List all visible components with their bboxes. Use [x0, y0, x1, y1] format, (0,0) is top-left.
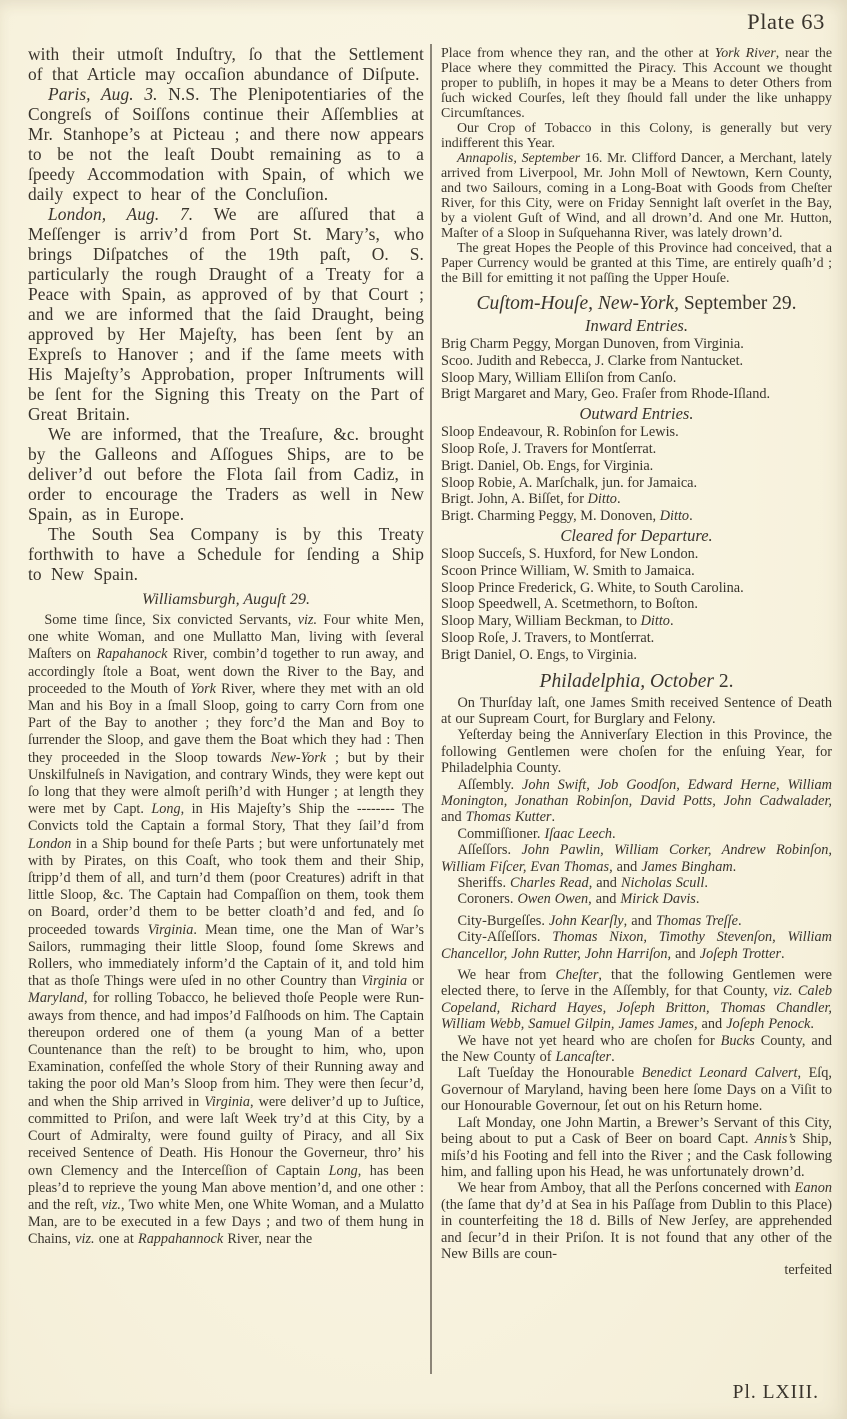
paragraph-coroners: Coroners. Owen Owen, and Mirick Davis. — [441, 891, 832, 907]
paragraph-paper-currency: The great Hopes the People of this Provi… — [441, 241, 832, 286]
ship-entry: Sloop Succeſs, S. Huxford, for New Londo… — [441, 546, 832, 563]
ship-entry: Sloop Mary, William Beckman, to Ditto. — [441, 613, 832, 630]
heading-custom-house: Cuſtom-Houſe, New-York, September 29. — [441, 293, 832, 315]
paragraph-sheriffs: Sheriffs. Charles Read, and Nicholas Scu… — [441, 875, 832, 891]
paragraph-calvert-visit: Laſt Tueſday the Honourable Benedict Leo… — [441, 1065, 832, 1114]
ship-entry: Scoon Prince William, W. Smith to Jamaic… — [441, 563, 832, 580]
heading-outward-entries: Outward Entries. — [441, 405, 832, 423]
ship-entry: Sloop Prince Frederick, G. White, to Sou… — [441, 580, 832, 597]
paragraph-chester-election: We hear from Cheſter, that the following… — [441, 967, 832, 1033]
paragraph-city-burgesses: City-Burgeſſes. John Kearſly, and Thomas… — [441, 913, 832, 929]
catchword-terfeited: terfeited — [441, 1262, 832, 1278]
right-column: Place from whence they ran, and the othe… — [441, 46, 832, 1279]
heading-cleared-for-departure: Cleared for Departure. — [441, 527, 832, 545]
ship-entry: Sloop Endeavour, R. Robinſon for Lewis. — [441, 424, 832, 441]
ship-entry: Brig Charm Peggy, Morgan Dunoven, from V… — [441, 336, 832, 353]
column-divider-rule — [430, 44, 432, 1374]
heading-williamsburgh-dateline: Williamsburgh, Auguſt 29. — [28, 591, 424, 609]
ship-entry: Brigt Daniel, O. Engs, to Virginia. — [441, 647, 832, 664]
ship-entry: Sloop Speedwell, A. Scetmethorn, to Boſt… — [441, 596, 832, 613]
ship-entry: Brigt. Daniel, Ob. Engs, for Virginia. — [441, 458, 832, 475]
ship-entry: Sloop Mary, William Elliſon from Canſo. — [441, 370, 832, 387]
plate-number-footer: Pl. LXIII. — [733, 1382, 819, 1404]
ship-entry: Sloop Robie, A. Marſchalk, jun. for Jama… — [441, 475, 832, 492]
paragraph-south-sea: The South Sea Company is by this Treaty … — [28, 524, 424, 584]
paragraph-amboy-counterfeit: We hear from Amboy, that all the Perſons… — [441, 1180, 832, 1262]
paragraph-assembly-members: Aſſembly. John Swift, Job Goodſon, Edwar… — [441, 777, 832, 826]
cleared-departure-list: Sloop Succeſs, S. Huxford, for New Londo… — [441, 546, 832, 664]
left-column: with their utmoſt Induſtry, ſo that the … — [28, 44, 424, 1249]
heading-inward-entries: Inward Entries. — [441, 317, 832, 335]
paragraph-paris-news: Paris, Aug. 3. N.S. The Plenipotentiarie… — [28, 84, 424, 204]
ship-entry: Brigt. Charming Peggy, M. Donoven, Ditto… — [441, 508, 832, 525]
paragraph-city-assessors: City-Aſſeſſors. Thomas Nixon, Timothy St… — [441, 929, 832, 962]
ship-entry: Sloop Roſe, J. Travers, to Montſerrat. — [441, 630, 832, 647]
paragraph-tobacco-crop: Our Crop of Tobacco in this Colony, is g… — [441, 121, 832, 151]
paragraph-place-continuation: Place from whence they ran, and the othe… — [441, 46, 832, 121]
paragraph-commissioner: Commiſſioner. Iſaac Leech. — [441, 826, 832, 842]
outward-entries-list: Sloop Endeavour, R. Robinſon for Lewis. … — [441, 424, 832, 525]
heading-philadelphia-dateline: Philadelphia, October 2. — [441, 671, 832, 693]
paragraph-london-news: London, Aug. 7. We are aſſured that a Me… — [28, 204, 424, 424]
paragraph-assessors: Aſſeſſors. John Pawlin, William Corker, … — [441, 842, 832, 875]
ship-entry: Sloop Roſe, J. Travers for Montſerrat. — [441, 441, 832, 458]
newspaper-plate-page: Plate 63 with their utmoſt Induſtry, ſo … — [0, 0, 847, 1419]
paragraph-treasure: We are informed, that the Treaſure, &c. … — [28, 424, 424, 524]
paragraph-james-smith: On Thurſday laſt, one James Smith receiv… — [441, 695, 832, 728]
paragraph-bucks-lancaster: We have not yet heard who are choſen for… — [441, 1033, 832, 1066]
paragraph-settlement: with their utmoſt Induſtry, ſo that the … — [28, 44, 424, 84]
paragraph-john-martin: Laſt Monday, one John Martin, a Brewer’s… — [441, 1115, 832, 1181]
ship-entry: Brigt. John, A. Biſſet, for Ditto. — [441, 491, 832, 508]
ship-entry: Brigt Margaret and Mary, Geo. Fraſer fro… — [441, 386, 832, 403]
plate-number-header: Plate 63 — [747, 9, 825, 35]
paragraph-anniversary-election: Yeſterday being the Anniverſary Election… — [441, 727, 832, 776]
inward-entries-list: Brig Charm Peggy, Morgan Dunoven, from V… — [441, 336, 832, 403]
ship-entry: Scoo. Judith and Rebecca, J. Clarke from… — [441, 353, 832, 370]
paragraph-annapolis-news: Annapolis, September 16. Mr. Clifford Da… — [441, 151, 832, 241]
paragraph-williamsburgh-story: Some time ſince, Six convicted Servants,… — [28, 612, 424, 1249]
